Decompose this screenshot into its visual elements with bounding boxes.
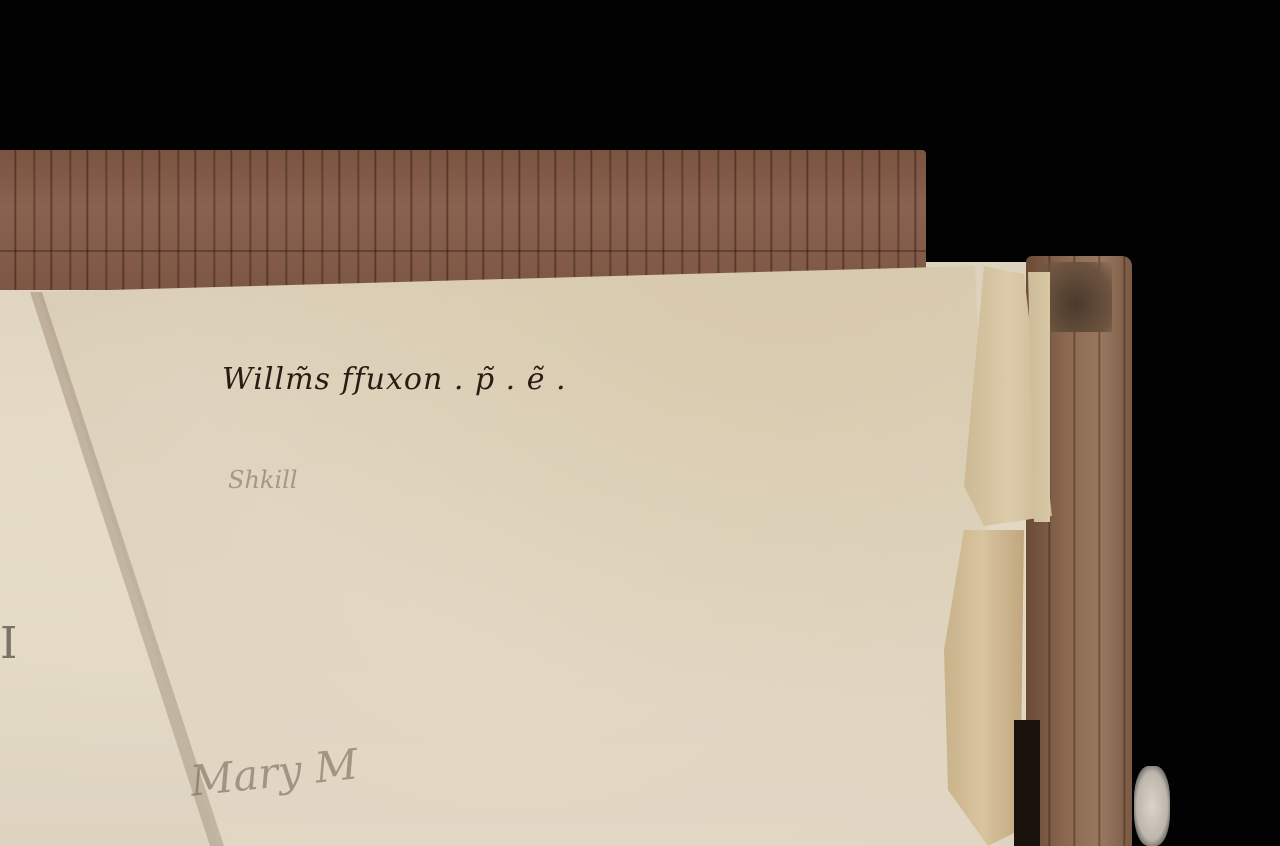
book-photo: Willm̃s ffuxon . p̃ . ẽ . Shkill Mary M … — [0, 0, 1280, 846]
fibrous-material — [1134, 766, 1170, 846]
worn-board-corner — [1040, 262, 1112, 332]
margin-mark: I — [0, 618, 17, 669]
wooden-cover-board-edge — [0, 150, 926, 290]
faint-signature: Shkill — [228, 466, 297, 494]
spine-damage-gap — [1014, 720, 1040, 846]
ownership-inscription: Willm̃s ffuxon . p̃ . ẽ . — [222, 362, 567, 397]
